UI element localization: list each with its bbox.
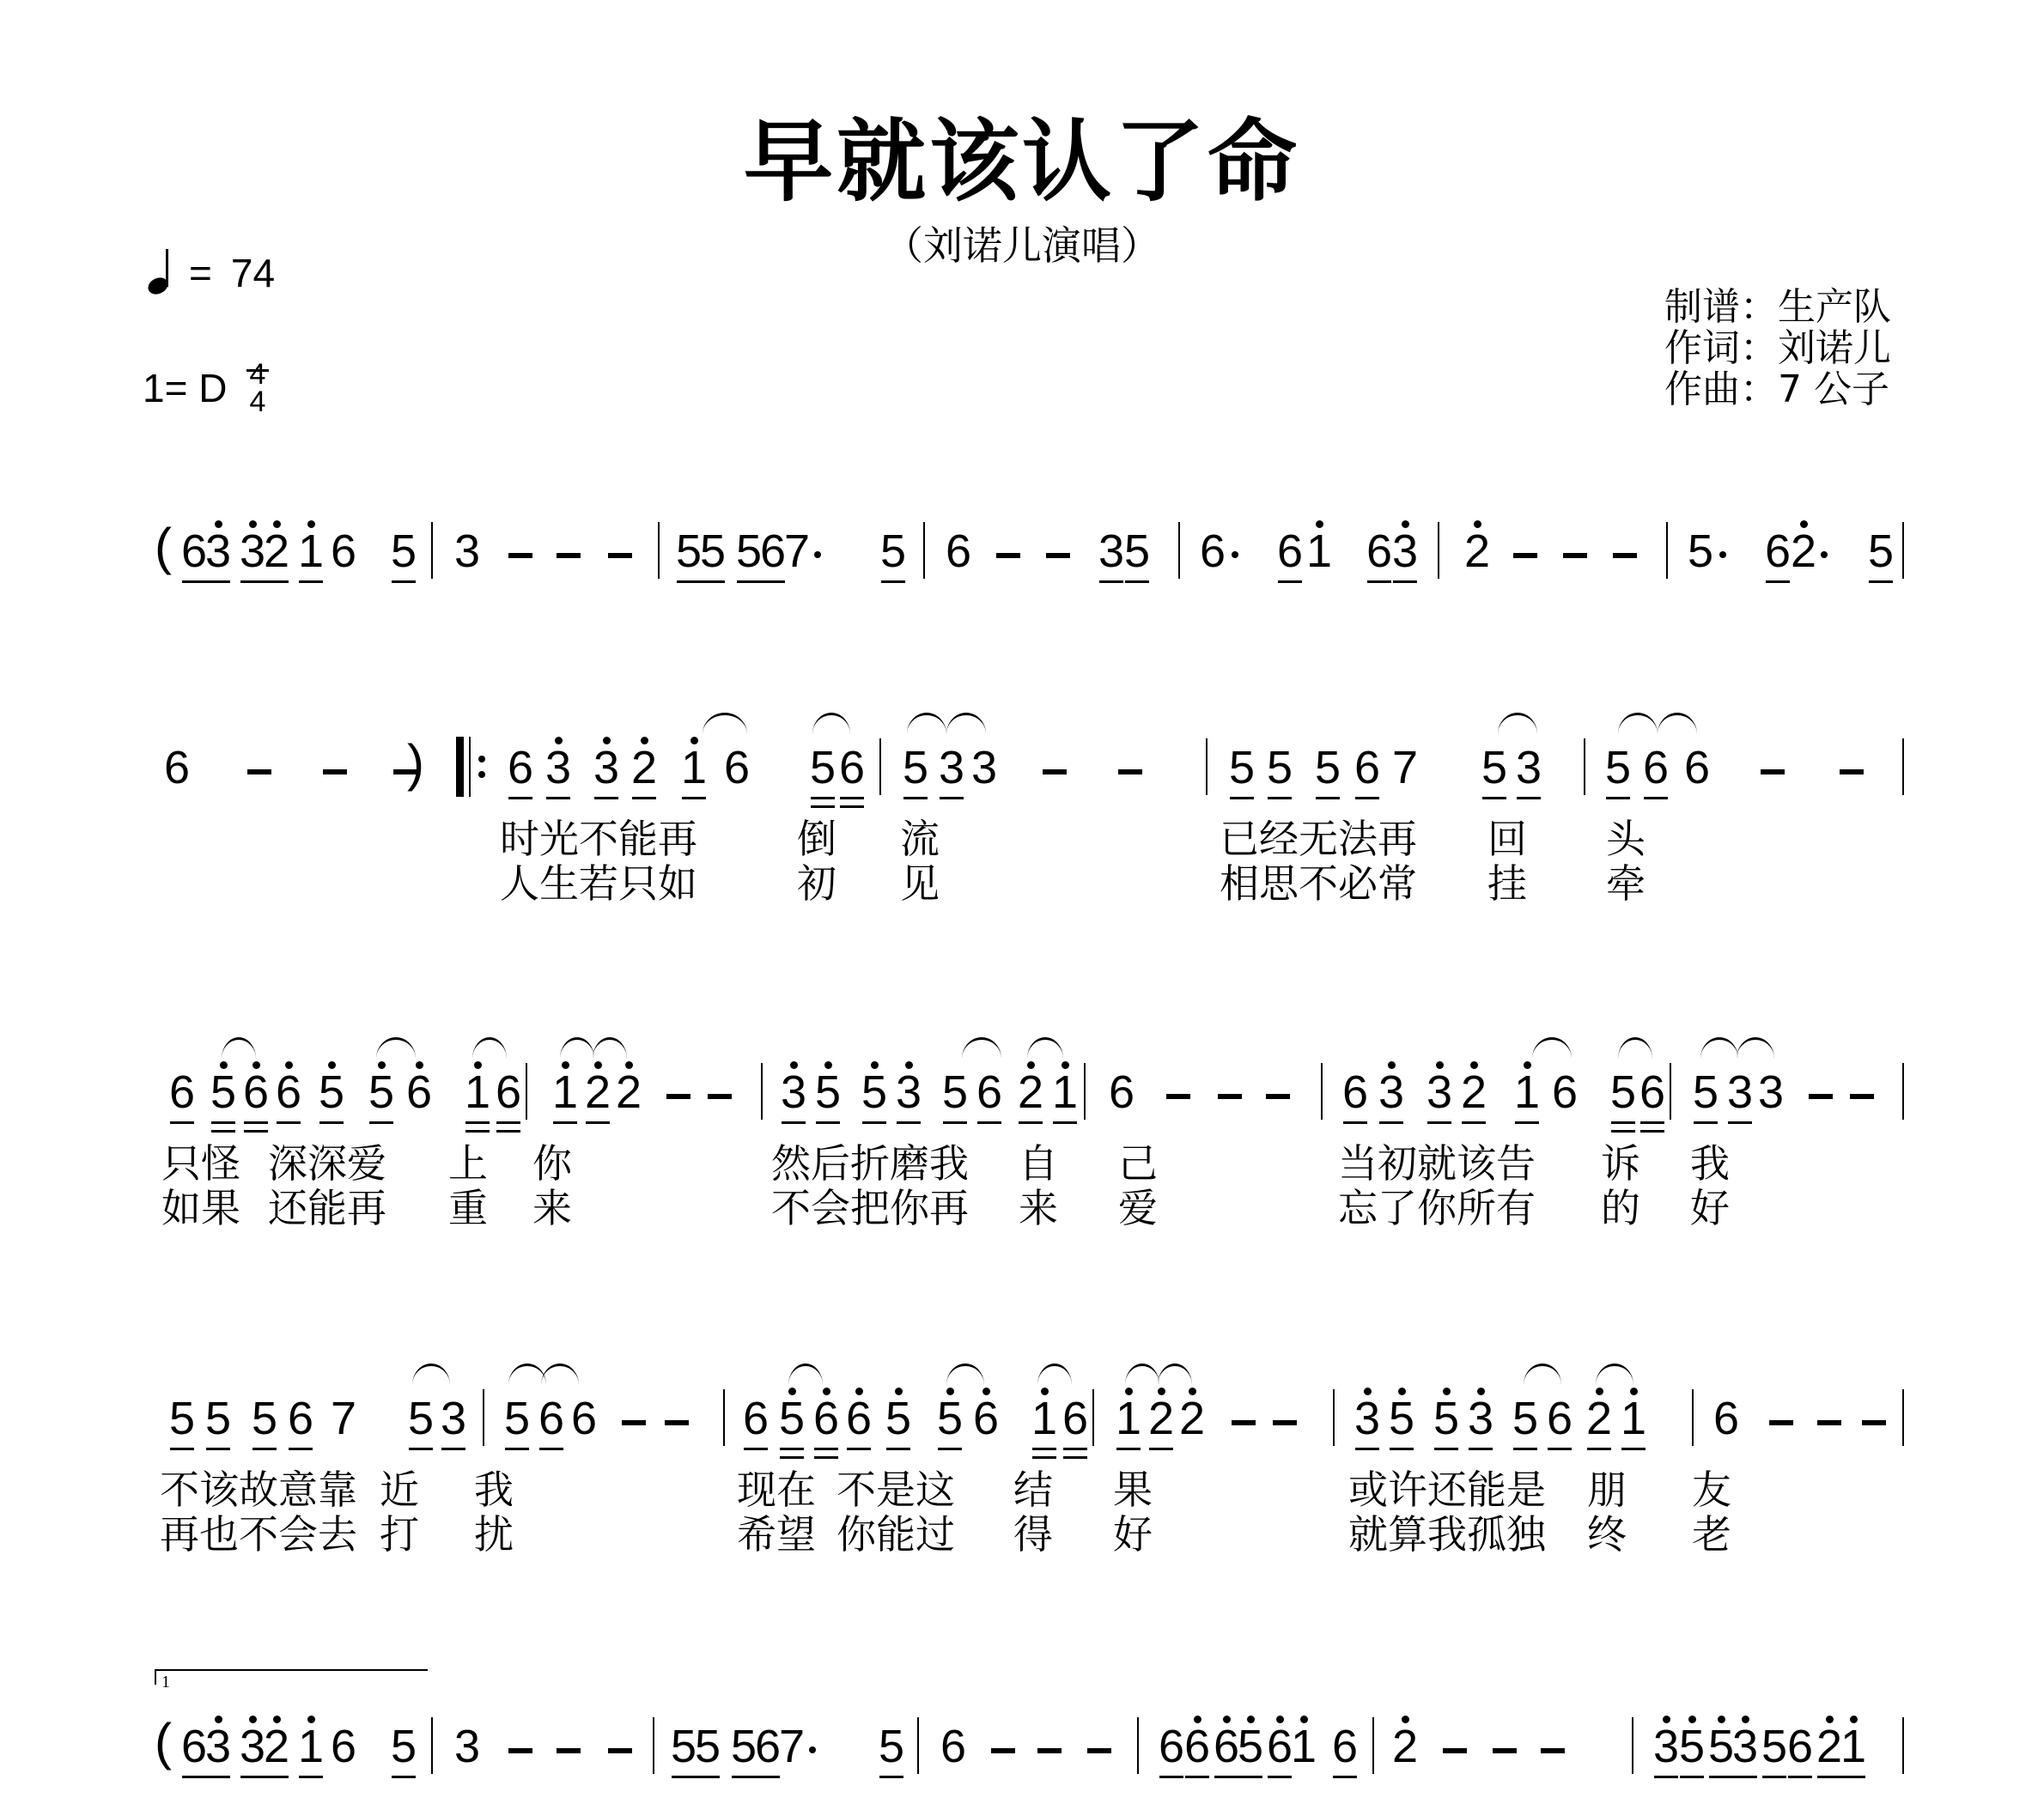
performer-subtitle: （刘诺儿演唱） [0, 220, 2044, 271]
note-digit: 6 [1765, 525, 1791, 577]
augmentation-dot [1225, 525, 1245, 577]
note-digit: 3 [205, 1721, 231, 1772]
eighth-underline [1517, 797, 1541, 799]
note-digit: 5 [810, 742, 836, 793]
note-digit: 2 [1464, 525, 1490, 577]
note-digit: 2 [616, 1066, 642, 1118]
note-digit: 6 [243, 1066, 269, 1118]
barline [1902, 1389, 1904, 1446]
eighth-underline [1278, 580, 1302, 583]
barline [653, 1717, 654, 1774]
barline [1084, 1063, 1086, 1120]
note: 5 [318, 1066, 345, 1118]
note-digit: 1 [465, 1066, 490, 1118]
note-digit: 5 [676, 525, 702, 577]
barline [723, 1389, 725, 1446]
lyric-text: 终 [1587, 1511, 1627, 1558]
barline [879, 738, 881, 795]
note-digit: 6 [276, 1066, 301, 1118]
barline [1333, 1389, 1335, 1446]
note: 5 [368, 1066, 395, 1118]
note: 6 [1642, 742, 1670, 793]
note-digit: 3 [1727, 1066, 1753, 1118]
note-digit: 5 [1238, 1721, 1263, 1772]
note-digit: 5 [671, 1721, 697, 1772]
lyric-text: 流 [900, 816, 940, 862]
repeat-start-sign [456, 737, 490, 797]
octave-dot-high [1316, 520, 1323, 528]
eighth-underline [1116, 1448, 1141, 1450]
note-digit: 6 [743, 1393, 769, 1444]
note: 5 [1609, 1066, 1637, 1118]
eighth-underline [170, 1448, 194, 1450]
note-digit: 6 [496, 1066, 521, 1118]
note: 6 [976, 1066, 1003, 1118]
eighth-underline [496, 1121, 520, 1124]
note-digit: 3 [454, 525, 480, 577]
sustain-dash [1855, 1393, 1893, 1444]
eighth-underline [847, 1448, 871, 1450]
eighth-underline [903, 797, 928, 799]
sustain-dash [240, 742, 278, 793]
tempo-marking: = 74 [148, 247, 275, 299]
note-digit: 6 [1354, 742, 1380, 793]
eighth-underline [1728, 1121, 1752, 1124]
sustain-dash [502, 1721, 539, 1772]
note-digit: 6 [1684, 742, 1710, 793]
slur-arc [1596, 1364, 1633, 1385]
lyric-text: 上 [448, 1140, 488, 1187]
note-digit: 7 [779, 1721, 805, 1772]
barline [1438, 522, 1439, 579]
eighth-underline [1125, 580, 1149, 583]
lyric-text: 不是这 [836, 1467, 955, 1513]
note-digit: 6 [169, 1066, 195, 1118]
lyric-text: 或许还能是 [1348, 1467, 1546, 1513]
slur-arc [1618, 1037, 1652, 1059]
eighth-underline [696, 1776, 720, 1778]
note: 5 [778, 1393, 806, 1444]
note-digit: 5 [861, 1066, 887, 1118]
eighth-underline [1355, 1448, 1379, 1450]
note-digit: 3 [781, 1066, 806, 1118]
barline [1321, 1063, 1323, 1120]
octave-dot-high [1388, 1061, 1396, 1069]
note: 5 [390, 525, 417, 577]
eighth-underline [392, 580, 416, 583]
note-digit: 5 [1693, 1066, 1719, 1118]
octave-dot-high [307, 520, 315, 528]
eighth-underline [299, 580, 323, 583]
sixteenth-underline [1063, 1456, 1087, 1459]
octave-dot-high [1436, 1061, 1444, 1069]
eighth-underline [1611, 1121, 1635, 1124]
octave-dot-high [562, 1061, 569, 1069]
eighth-underline [299, 1776, 323, 1778]
octave-dot-high [1398, 1388, 1406, 1395]
sixteenth-underline [1611, 1130, 1635, 1133]
sustain-dash [1266, 1393, 1304, 1444]
note: 5 [902, 742, 929, 793]
note: 5 [1123, 525, 1151, 577]
sustain-dash [984, 1721, 1022, 1772]
notes-row: 5556753566656655616122355356216 [0, 1381, 2044, 1449]
sustain-dash [1039, 525, 1077, 577]
tempo-bpm: 74 [231, 247, 275, 299]
sustain-dash [1436, 1721, 1474, 1772]
note: 1 [551, 1066, 579, 1118]
slur-arc [1027, 1037, 1063, 1059]
note: 2 [1017, 1066, 1044, 1118]
note-digit: 6 [1184, 1721, 1210, 1772]
note: 1 [1840, 1721, 1867, 1772]
barline [1137, 1717, 1139, 1774]
octave-dot-high [895, 1388, 903, 1395]
octave-dot-high [1470, 1061, 1478, 1069]
eighth-underline [1316, 797, 1340, 799]
credit-value: 刘诺儿 [1778, 326, 1891, 370]
eighth-underline [682, 797, 706, 799]
note-digit: 5 [779, 1393, 805, 1444]
eighth-underline [319, 1121, 344, 1124]
eighth-underline [1482, 797, 1506, 799]
note: 3 [1098, 525, 1125, 577]
note-digit: 6 [288, 1393, 313, 1444]
credit-composer: 作曲：7 公子 [1664, 369, 1891, 410]
note: 6 [1764, 525, 1792, 577]
eighth-underline [1462, 1121, 1486, 1124]
note: 6 [1199, 525, 1226, 577]
note-digit: 6 [181, 1721, 207, 1772]
eighth-underline [1230, 797, 1254, 799]
note-digit: 7 [331, 1393, 356, 1444]
octave-dot-high [1194, 1716, 1201, 1723]
note: 2 [1585, 1393, 1613, 1444]
note: 3 [453, 525, 481, 577]
octave-dot-high [855, 1388, 863, 1395]
note: 5 [407, 1393, 435, 1444]
note: 2 [263, 1721, 290, 1772]
barline [923, 522, 925, 579]
eighth-underline [1214, 1776, 1238, 1778]
note-digit: 3 [1354, 1393, 1380, 1444]
note: 3 [1426, 1066, 1453, 1118]
eighth-underline [632, 797, 656, 799]
eighth-underline [1733, 1776, 1757, 1778]
note: 6 [845, 1393, 873, 1444]
slur-arc [907, 713, 946, 734]
note: 5 [390, 1721, 417, 1772]
note: 5 [694, 1721, 721, 1772]
note-digit: 3 [971, 742, 997, 793]
song-title: 早就该认了命 [0, 110, 2044, 213]
lyric-text: 来 [1019, 1185, 1058, 1231]
note: 6 [330, 525, 357, 577]
octave-dot-high [625, 1061, 633, 1069]
note-digit: 6 [406, 1066, 432, 1118]
note-digit: 5 [1708, 1721, 1734, 1772]
note-digit: 5 [1267, 742, 1293, 793]
slur-arc [1037, 1364, 1072, 1385]
eighth-underline [240, 1776, 265, 1778]
note-digit: 3 [1098, 525, 1124, 577]
note-digit: 3 [240, 525, 265, 577]
eighth-underline [252, 1448, 277, 1450]
octave-dot-high [307, 1716, 315, 1723]
octave-dot-high [1402, 520, 1409, 528]
slur-arc [1125, 1364, 1159, 1385]
sustain-dash [601, 525, 639, 577]
note-digit: 6 [946, 525, 971, 577]
note-digit: 2 [264, 525, 289, 577]
octave-dot-high [1062, 1061, 1069, 1069]
tempo-equals: = [189, 247, 212, 299]
note: 6 [1341, 1066, 1369, 1118]
note-digit: 1 [1840, 1721, 1866, 1772]
note-digit: 1 [552, 1066, 578, 1118]
note-digit: 6 [181, 525, 207, 577]
note-digit: 6 [1643, 742, 1669, 793]
note: 5 [1266, 742, 1293, 793]
note-digit: 6 [331, 1721, 356, 1772]
eighth-underline [1548, 1448, 1572, 1450]
note: 3 [1652, 1721, 1680, 1772]
octave-dot-high [1364, 1388, 1372, 1395]
note-digit: 3 [896, 1066, 922, 1118]
note-digit: 5 [1433, 1393, 1459, 1444]
lyric-text: 忘了你所有 [1338, 1185, 1536, 1231]
credit-label: 作词： [1664, 326, 1778, 370]
credit-lyricist: 作词：刘诺儿 [1664, 328, 1891, 369]
note-digit: 6 [1342, 1066, 1368, 1118]
barline [526, 1063, 527, 1120]
barline [1178, 522, 1180, 579]
note-digit: 1 [1116, 1393, 1141, 1444]
eighth-underline [1606, 797, 1630, 799]
time-bottom: 4 [249, 388, 265, 416]
fraction-bar [246, 369, 269, 372]
volta-bracket: 1 [155, 1669, 428, 1685]
lyric-text: 已经无法再 [1220, 816, 1417, 862]
note: 1 [680, 742, 708, 793]
eighth-underline [1644, 797, 1668, 799]
lyric-text: 扰 [474, 1511, 514, 1558]
note: 1 [1051, 1066, 1079, 1118]
lyric-text: 果 [1113, 1467, 1153, 1513]
eighth-underline [206, 1776, 230, 1778]
octave-dot-high [641, 737, 648, 744]
eighth-underline [409, 1448, 433, 1450]
key-signature: 1= D 4 4 [143, 361, 265, 416]
octave-dot-high [1041, 1388, 1049, 1395]
barline [658, 522, 660, 579]
note-digit: 6 [760, 525, 786, 577]
barline [1666, 522, 1668, 579]
note-digit: 1 [1621, 1393, 1646, 1444]
eighth-underline [1469, 1448, 1493, 1450]
octave-dot-high [603, 737, 611, 744]
octave-dot-high [1688, 1716, 1696, 1723]
note-digit: 2 [1816, 1721, 1842, 1772]
octave-dot-high [1663, 1716, 1670, 1723]
credit-label: 制谱： [1664, 285, 1778, 329]
octave-dot-high [594, 1061, 602, 1069]
eighth-underline [170, 1121, 194, 1124]
note: 7 [330, 1393, 357, 1444]
eighth-underline [1032, 1448, 1056, 1450]
eighth-underline [1841, 1776, 1865, 1778]
sustain-dash [658, 1393, 696, 1444]
note-digit: 5 [1229, 742, 1255, 793]
note: 5 [809, 742, 836, 793]
eighth-underline [940, 797, 964, 799]
note-digit: 3 [240, 1721, 265, 1772]
eighth-underline [1680, 1776, 1704, 1778]
note-digit: 1 [1291, 1721, 1317, 1772]
note-digit: 6 [1332, 1721, 1358, 1772]
note: 3 [1467, 1393, 1494, 1444]
note: 6 [1366, 525, 1393, 577]
note-digit: 3 [1732, 1721, 1758, 1772]
note-digit: 5 [391, 1721, 417, 1772]
note-digit: 6 [331, 525, 356, 577]
note-digit: 3 [593, 742, 619, 793]
note-digit: 5 [736, 525, 762, 577]
note-digit: 3 [1653, 1721, 1679, 1772]
note: 6 [1158, 1721, 1185, 1772]
note-digit: 1 [298, 1721, 324, 1772]
note: 6 [1786, 1721, 1814, 1772]
note: 1 [297, 1721, 325, 1772]
octave-dot-high [1477, 1388, 1485, 1395]
note: 2 [1463, 525, 1491, 577]
octave-dot-high [1474, 520, 1481, 528]
note-digit: 3 [454, 1721, 480, 1772]
eighth-underline [672, 1776, 696, 1778]
note-digit: 5 [368, 1066, 394, 1118]
octave-dot-high [1443, 1388, 1451, 1395]
barline [1584, 738, 1585, 795]
slur-arc [1618, 713, 1658, 734]
note: 6 [1354, 742, 1381, 793]
note-digit: 3 [1378, 1066, 1404, 1118]
sustain-dash [1211, 1066, 1249, 1118]
lyric-text: 时光不能再 [500, 816, 697, 862]
sustain-dash [660, 1066, 697, 1118]
note: 6 [838, 742, 866, 793]
eighth-underline [1762, 1776, 1786, 1778]
note: 5 [1512, 1393, 1539, 1444]
note-digit: 2 [1461, 1066, 1487, 1118]
eighth-underline [508, 797, 532, 799]
octave-dot-high [249, 1716, 257, 1723]
sustain-dash [502, 525, 539, 577]
note-digit: 1 [298, 525, 324, 577]
note: 3 [970, 742, 998, 793]
note: 5 [251, 1393, 278, 1444]
note-digit: 5 [1512, 1393, 1538, 1444]
note: 5 [1867, 525, 1895, 577]
sustain-dash [615, 1393, 653, 1444]
note: 6 [940, 1721, 967, 1772]
sustain-dash [1754, 742, 1792, 793]
volta-number: 1 [161, 1673, 170, 1692]
octave-dot-high [1850, 1716, 1858, 1723]
note-digit: 6 [1267, 1721, 1293, 1772]
note-digit: 6 [1639, 1066, 1665, 1118]
note-digit: 2 [264, 1721, 289, 1772]
barline [917, 1717, 919, 1774]
note-digit: 5 [252, 1393, 277, 1444]
eighth-underline [1099, 580, 1123, 583]
lyric-text: 倒 [797, 816, 836, 862]
note-digit: 6 [508, 742, 533, 793]
eighth-underline [265, 1776, 289, 1778]
quarter-note-icon [148, 247, 170, 299]
credit-value: 生产队 [1778, 285, 1891, 329]
lyric-text: 得 [1013, 1511, 1053, 1558]
note-digit: 6 [164, 742, 190, 793]
eighth-underline [977, 1121, 1001, 1124]
octave-dot-high [1276, 1716, 1284, 1723]
eighth-underline [289, 1448, 313, 1450]
time-signature: 4 4 [249, 361, 265, 416]
note: 6 [723, 742, 751, 793]
note: 3 [593, 742, 620, 793]
eighth-underline [1379, 1121, 1403, 1124]
note: 5 [1678, 1721, 1706, 1772]
eighth-underline [206, 580, 230, 583]
sixteenth-underline [465, 1130, 490, 1133]
slur-arc [1737, 1037, 1774, 1059]
octave-dot-high [252, 1061, 260, 1069]
note-digit: 3 [1516, 742, 1542, 793]
lyric-text: 我 [1690, 1140, 1730, 1187]
octave-dot-high [220, 1061, 228, 1069]
note-digit: 2 [1179, 1393, 1205, 1444]
note: 6 [1683, 742, 1711, 793]
barline [1092, 1389, 1094, 1446]
open-paren: ( [155, 517, 172, 577]
octave-dot-high [982, 1388, 990, 1395]
slur-arc [472, 1037, 507, 1059]
eighth-underline [553, 1121, 577, 1124]
note: 6 [275, 1066, 302, 1118]
note-digit: 5 [880, 525, 906, 577]
sixteenth-underline [780, 1456, 804, 1459]
credits: 制谱：生产队 作词：刘诺儿 作曲：7 公子 [1664, 287, 1891, 410]
lyric-text: 诉 [1601, 1140, 1640, 1187]
note: 5 [1228, 742, 1256, 793]
slur-arc [812, 713, 850, 734]
note: 3 [1757, 1066, 1785, 1118]
note-digit: 3 [1758, 1066, 1784, 1118]
lyric-text: 如果 [161, 1185, 240, 1231]
note: 2 [1147, 1393, 1175, 1444]
note: 3 [1354, 1393, 1381, 1444]
note: 6 [972, 1393, 1000, 1444]
sustain-dash [1159, 1066, 1197, 1118]
sustain-dash [1843, 1066, 1881, 1118]
slur-arc [946, 713, 986, 734]
barline [431, 1717, 433, 1774]
lyric-text: 不该故意靠 [160, 1467, 357, 1513]
note: 6 [570, 1393, 598, 1444]
lyric-text: 自 [1019, 1140, 1058, 1187]
note-digit: 6 [846, 1393, 872, 1444]
note: 3 [453, 1721, 481, 1772]
eighth-underline [1063, 1448, 1087, 1450]
